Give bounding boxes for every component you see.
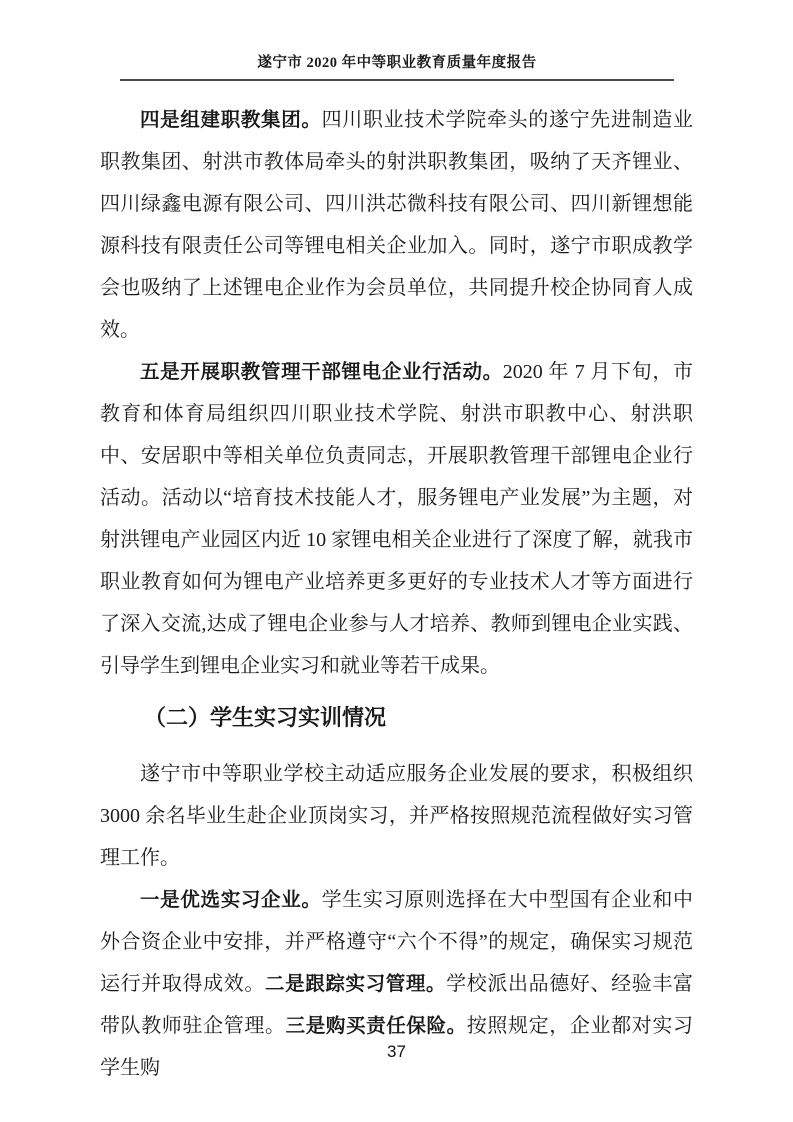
bold-run: 一是优选实习企业。 [140, 889, 322, 911]
bold-run: 二是跟踪实习管理。 [265, 973, 446, 995]
page-number: 37 [387, 1042, 406, 1061]
paragraph: 遂宁市中等职业学校主动适应服务企业发展的要求，积极组织 3000 余名毕业生赴企… [100, 753, 693, 879]
bold-run: 四是组建职教集团。 [140, 109, 322, 131]
text-run: 遂宁市中等职业学校主动适应服务企业发展的要求，积极组织 3000 余名毕业生赴企… [100, 763, 693, 869]
bold-run: 五是开展职教管理干部锂电企业行活动。 [140, 361, 503, 383]
section-heading: （二）学生实习实训情况 [100, 697, 693, 739]
page-footer: 37 [0, 1042, 793, 1062]
text-run: 2020 年 7 月下旬，市教育和体育局组织四川职业技术学院、射洪市职教中心、射… [100, 361, 693, 677]
document-body: 四是组建职教集团。四川职业技术学院牵头的遂宁先进制造业职教集团、射洪市教体局牵头… [100, 99, 693, 1089]
header-title: 遂宁市 2020 年中等职业教育质量年度报告 [257, 55, 536, 71]
paragraph: 四是组建职教集团。四川职业技术学院牵头的遂宁先进制造业职教集团、射洪市教体局牵头… [100, 99, 693, 351]
text-run: 四川职业技术学院牵头的遂宁先进制造业职教集团、射洪市教体局牵头的射洪职教集团，吸… [100, 109, 693, 341]
bold-run: 三是购买责任保险。 [286, 1015, 467, 1037]
page-header: 遂宁市 2020 年中等职业教育质量年度报告 [120, 51, 674, 81]
document-page: 遂宁市 2020 年中等职业教育质量年度报告 四是组建职教集团。四川职业技术学院… [0, 0, 793, 1122]
paragraph: 五是开展职教管理干部锂电企业行活动。2020 年 7 月下旬，市教育和体育局组织… [100, 351, 693, 687]
